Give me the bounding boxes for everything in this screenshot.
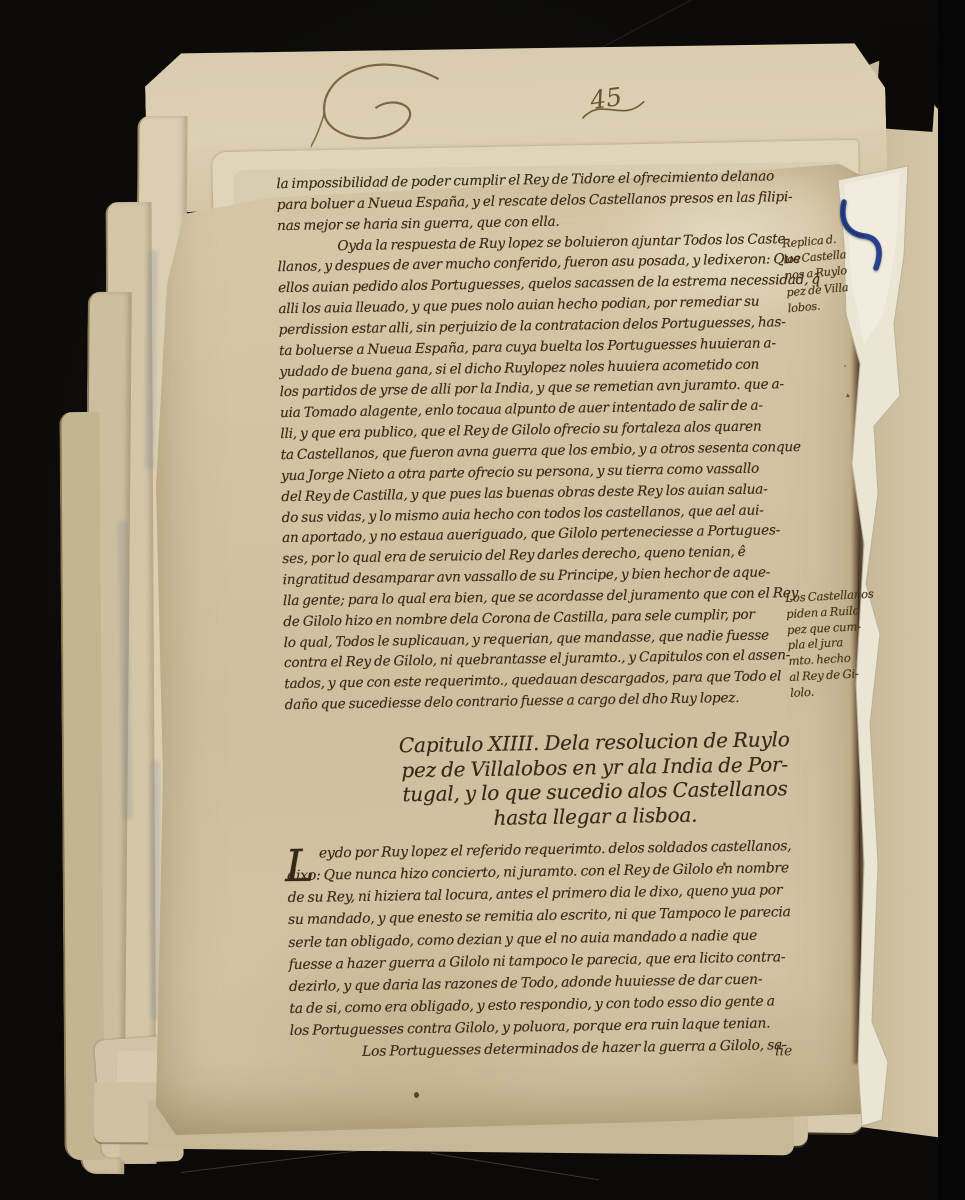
margin-note-replica: Replica d. los Castella nos a Ruylo pez … [782, 229, 881, 318]
body-paragraph-2: eydo por Ruy lopez el referido requerimt… [287, 835, 818, 1065]
folio-flourish [580, 95, 654, 128]
margin-mark: ’ [843, 364, 846, 375]
ink-spot [414, 1092, 419, 1098]
margin-note-juramento: Los Castellanos piden a Ruilo pez que cu… [785, 586, 894, 702]
manuscript-photo: 45 la impossibilidad de poder cumplir el… [0, 0, 965, 1200]
catchword: lie [775, 1043, 792, 1059]
body-paragraph-1: la impossibilidad de poder cumplir el Re… [276, 166, 808, 716]
chapter-heading: Capitulo XIIII. Dela resolucion de Ruylo… [368, 727, 821, 832]
ink-layer: 45 la impossibilidad de poder cumplir el… [0, 0, 965, 1200]
margin-mark: ▴ [846, 390, 850, 399]
ink-spot [723, 862, 726, 866]
ink-flourish [309, 56, 461, 158]
